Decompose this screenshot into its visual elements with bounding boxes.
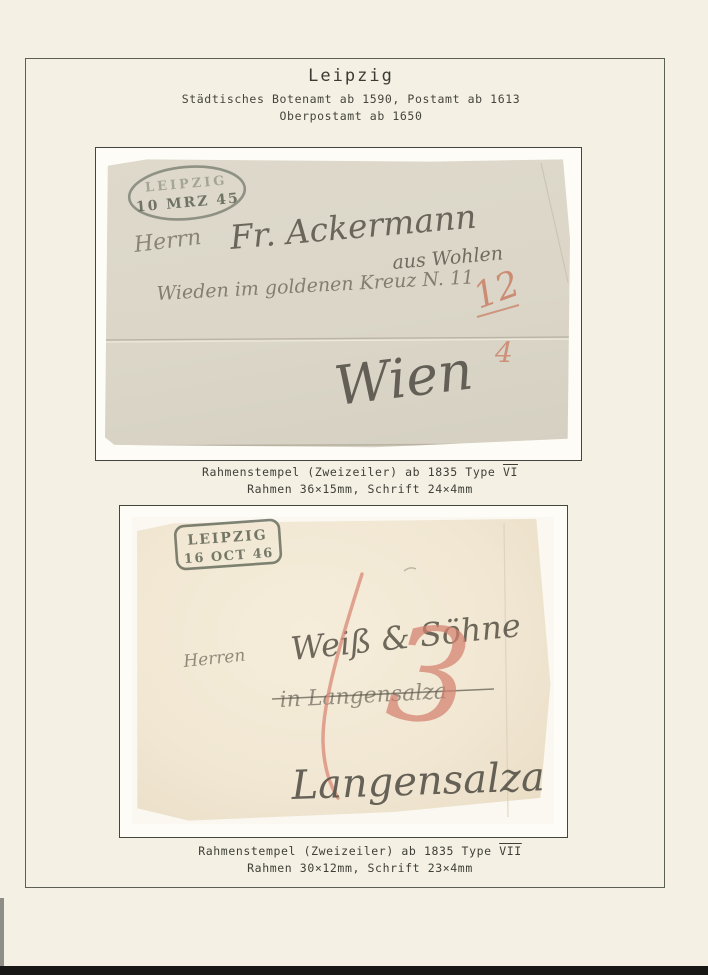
caption-text: Rahmenstempel (Zweizeiler) ab 1835 Type (198, 844, 491, 858)
red-rate-lower: 4 (494, 336, 513, 369)
address-street: Wieden im goldenen Kreuz N. 11 (156, 266, 474, 305)
page-subtitle-line1: Städtisches Botenamt ab 1590, Postamt ab… (31, 92, 671, 106)
scan-bottom-edge (0, 966, 708, 975)
bottom-edge-shadow (105, 444, 570, 446)
scan-edge-artifact (0, 898, 4, 968)
postmark-town: LEIPZIG (187, 527, 268, 549)
type-numeral: VII (499, 844, 522, 858)
side-fold-crease (541, 163, 568, 282)
postmark-oval-leipzig: LEIPZIG 10 MRZ 45 (127, 162, 247, 224)
pencil-mark (404, 568, 416, 571)
cover2-mount: LEIPZIG 16 OCT 46 Herren Weiß & Söhne in… (119, 505, 568, 838)
address-salutation: Herren (181, 646, 246, 672)
cover1-mount: LEIPZIG 10 MRZ 45 Herrn Fr. Ackermann au… (95, 147, 582, 461)
cover1-letter-photo: LEIPZIG 10 MRZ 45 Herrn Fr. Ackermann au… (105, 157, 570, 449)
cover2-markings: LEIPZIG 16 OCT 46 Herren Weiß & Söhne in… (132, 517, 554, 824)
destination-script: Langensalza (290, 754, 546, 809)
cover2-caption-line2: Rahmen 30×12mm, Schrift 23×4mm (45, 860, 675, 877)
cover1-caption-line2: Rahmen 36×15mm, Schrift 24×4mm (45, 481, 675, 498)
cover1-caption-line1: Rahmenstempel (Zweizeiler) ab 1835 Type … (45, 464, 675, 481)
red-rate-upper: 12 (468, 263, 525, 317)
page-subtitle-line2: Oberpostamt ab 1650 (31, 109, 671, 123)
page-title: Leipzig (31, 66, 671, 86)
cover2-caption: Rahmenstempel (Zweizeiler) ab 1835 Type … (45, 843, 675, 877)
red-rate: 3 (381, 596, 477, 755)
caption-text: Rahmenstempel (Zweizeiler) ab 1835 Type (202, 465, 495, 479)
postmark-box-leipzig: LEIPZIG 16 OCT 46 (175, 519, 282, 569)
destination-script: Wien (331, 338, 476, 417)
cover2-caption-line1: Rahmenstempel (Zweizeiler) ab 1835 Type … (45, 843, 675, 860)
cover1-caption: Rahmenstempel (Zweizeiler) ab 1835 Type … (45, 464, 675, 498)
cover2-letter-photo: LEIPZIG 16 OCT 46 Herren Weiß & Söhne in… (132, 517, 554, 824)
page-header: Leipzig Städtisches Botenamt ab 1590, Po… (31, 66, 671, 123)
cover1-markings: LEIPZIG 10 MRZ 45 Herrn Fr. Ackermann au… (105, 157, 570, 449)
address-salutation: Herrn (132, 225, 203, 258)
type-numeral: VI (503, 465, 518, 479)
